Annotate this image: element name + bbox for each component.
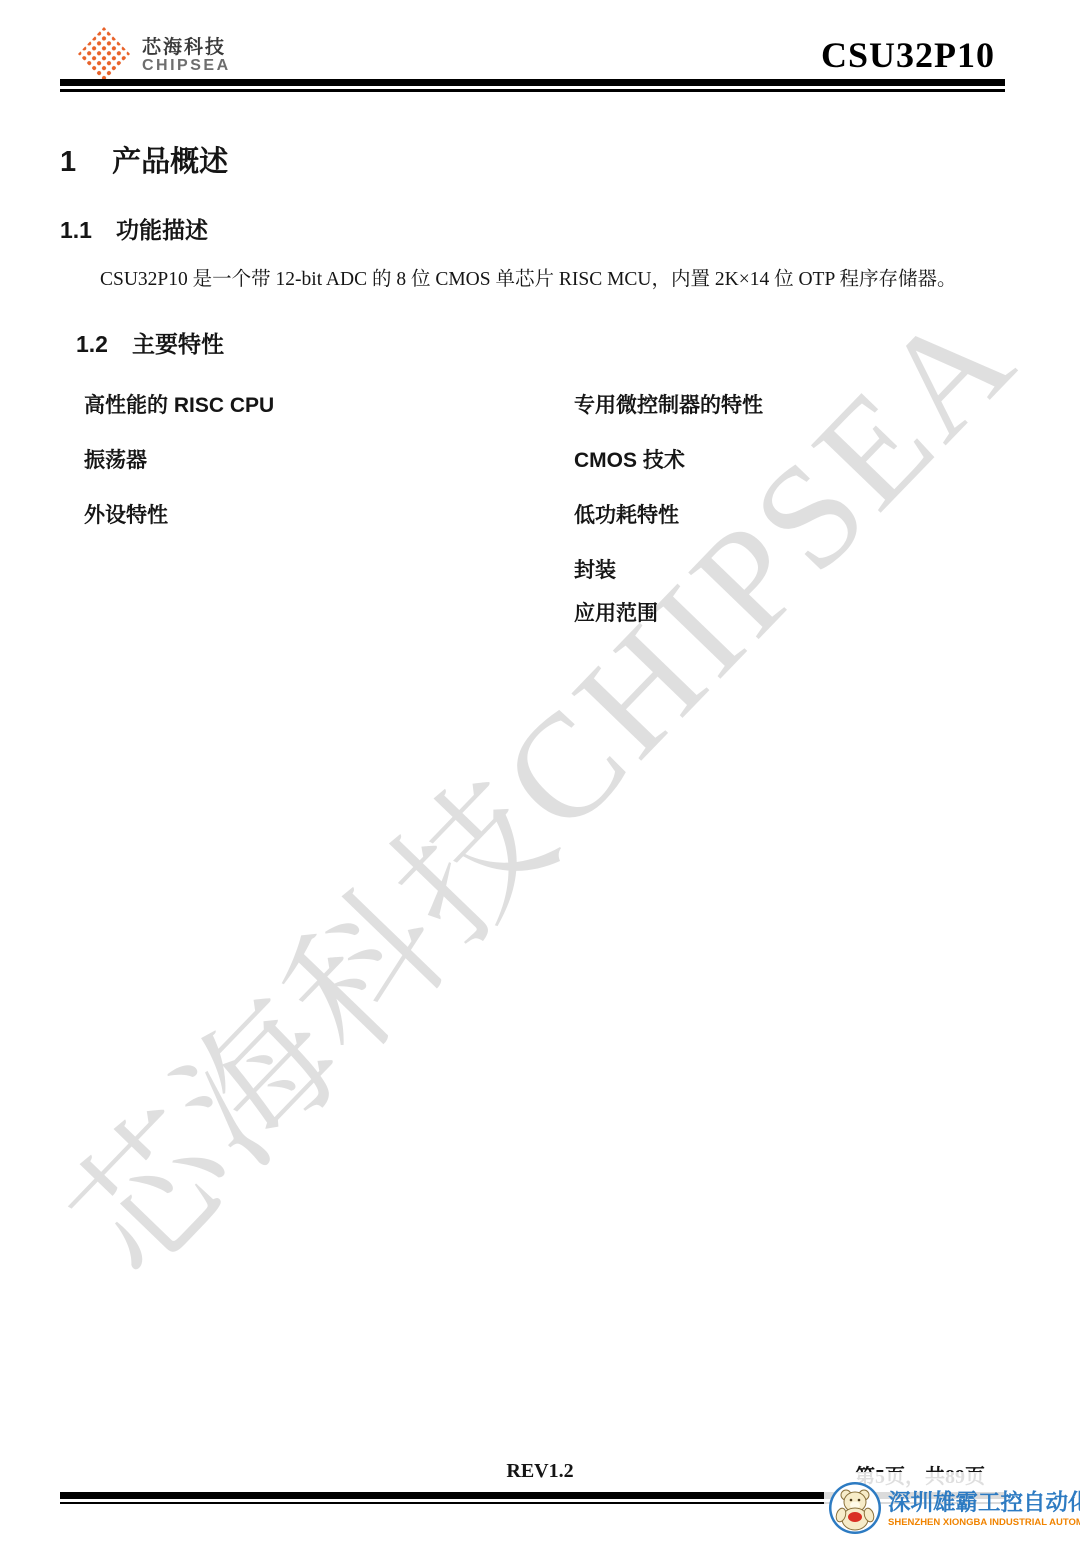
document-title: CSU32P10 bbox=[821, 34, 995, 76]
section-heading-1: 1产品概述 bbox=[60, 139, 1020, 180]
feature-group-heading: 高性能的 RISC CPU bbox=[84, 389, 536, 419]
feature-section: 应用范围 bbox=[574, 597, 1020, 627]
feature-column-left: 高性能的 RISC CPU振荡器外设特性 bbox=[84, 383, 536, 631]
bear-mascot-icon bbox=[828, 1481, 882, 1540]
function-description-paragraph: CSU32P10 是一个带 12-bit ADC 的 8 位 CMOS 单芯片 … bbox=[60, 265, 1020, 294]
feature-section: 外设特性 bbox=[84, 499, 536, 529]
feature-column-right: 专用微控制器的特性CMOS 技术低功耗特性封装应用范围 bbox=[574, 383, 1020, 631]
feature-group-heading: 封装 bbox=[574, 554, 1020, 584]
feature-section: CMOS 技术 bbox=[574, 444, 1020, 474]
section-heading-1-2: 1.2主要特性 bbox=[76, 326, 1020, 359]
vendor-name-cn: 深圳雄霸工控自动化 bbox=[888, 1491, 1080, 1516]
vendor-overlay: 深圳雄霸工控自动化 SHENZHEN XIONGBA INDUSTRIAL AU… bbox=[824, 1472, 1080, 1548]
section-title: 功能描述 bbox=[116, 217, 208, 243]
chipsea-dots-icon bbox=[76, 26, 132, 87]
section-title: 主要特性 bbox=[132, 331, 224, 357]
feature-section: 高性能的 RISC CPU bbox=[84, 389, 536, 419]
chipsea-logo: 芯海科技 CHIPSEA bbox=[76, 26, 231, 87]
feature-columns: 高性能的 RISC CPU振荡器外设特性 专用微控制器的特性CMOS 技术低功耗… bbox=[60, 383, 1020, 631]
main-content: 1产品概述 1.1功能描述 CSU32P10 是一个带 12-bit ADC 的… bbox=[60, 97, 1020, 631]
feature-group-heading: 专用微控制器的特性 bbox=[574, 389, 1020, 419]
section-number: 1.1 bbox=[60, 217, 92, 243]
feature-section: 低功耗特性 bbox=[574, 499, 1020, 529]
feature-section: 专用微控制器的特性 bbox=[574, 389, 1020, 419]
section-heading-1-1: 1.1功能描述 bbox=[60, 212, 1020, 245]
section-number: 1 bbox=[60, 146, 76, 178]
feature-group-heading: CMOS 技术 bbox=[574, 444, 1020, 474]
feature-group-heading: 应用范围 bbox=[574, 597, 1020, 627]
header-rule bbox=[60, 79, 1005, 92]
feature-group-heading: 低功耗特性 bbox=[574, 499, 1020, 529]
brand-name-cn: 芯海科技 bbox=[142, 38, 231, 58]
section-number: 1.2 bbox=[76, 331, 108, 357]
vendor-name-en: SHENZHEN XIONGBA INDUSTRIAL AUTOMATION bbox=[888, 1518, 1080, 1528]
feature-group-heading: 振荡器 bbox=[84, 444, 536, 474]
feature-group-heading: 外设特性 bbox=[84, 499, 536, 529]
section-title: 产品概述 bbox=[112, 146, 228, 178]
brand-name-en: CHIPSEA bbox=[142, 58, 231, 75]
feature-section: 封装 bbox=[574, 554, 1020, 584]
feature-section: 振荡器 bbox=[84, 444, 536, 474]
datasheet-page: 芯海科技CHIPSEA 芯海科技 CHIPSEA CSU32P10 bbox=[0, 0, 1080, 1548]
